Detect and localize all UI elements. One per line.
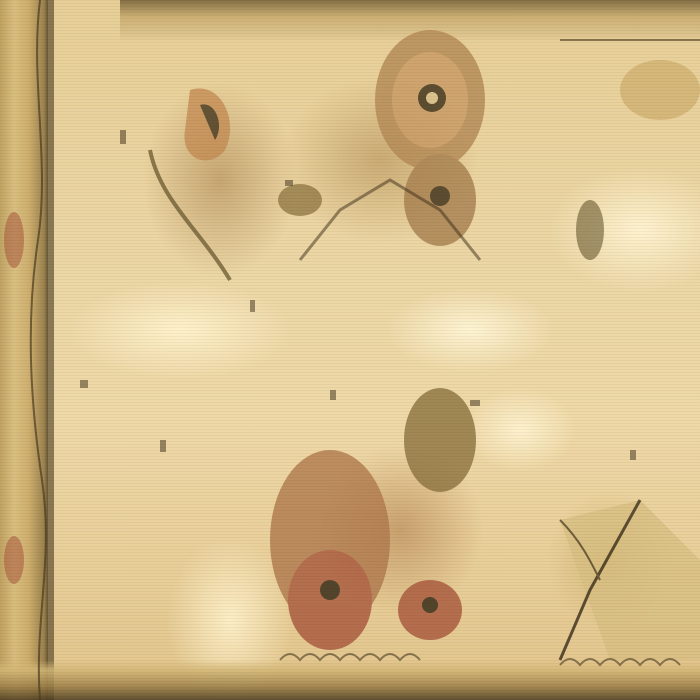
weave-texture — [0, 0, 700, 700]
rug-photo — [0, 0, 700, 700]
